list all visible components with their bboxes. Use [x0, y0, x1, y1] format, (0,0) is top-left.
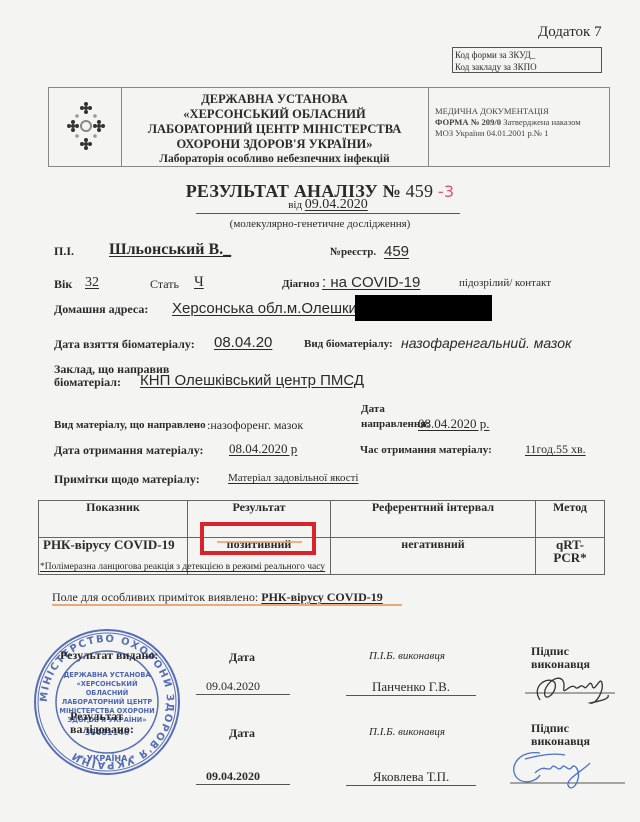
age-label: Вік — [54, 277, 72, 292]
validated-performer-label: П.І.Б. виконавця — [369, 726, 445, 738]
material-label: Вид матеріалу, що направлено — [54, 419, 206, 431]
lab-logo-icon — [67, 100, 105, 152]
address-value: Херсонська обл.м.Олешки — [172, 300, 357, 317]
issued-performer-label: П.І.Б. виконавця — [369, 650, 445, 662]
cell-reference: негативний — [331, 538, 536, 575]
institution-line: «ХЕРСОНСЬКИЙ ОБЛАСНИЙ — [121, 107, 428, 122]
biomaterial-type-value: назофаренгальний. мазок — [401, 335, 572, 351]
logo-cell — [49, 88, 122, 166]
table-footnote: *Полімеразна ланцюгова реакція з детекці… — [40, 562, 325, 572]
marker-underline — [52, 604, 402, 606]
diagnosis-value: : на COVID-19 — [322, 274, 420, 291]
registry-number: 459 — [384, 243, 409, 260]
table-header-row: Показник Результат Референтний інтервал … — [39, 501, 605, 538]
form-info: МЕДИЧНА ДОКУМЕНТАЦІЯ ФОРМА № 209/0 Затве… — [429, 88, 609, 166]
form-number: ФОРМА № 209/0 — [435, 117, 501, 127]
received-time-label: Час отримання матеріалу: — [360, 444, 492, 456]
form-info-line: МОЗ України 04.01.2001 р.№ 1 — [435, 128, 609, 139]
patient-name: Шльонський В._ — [109, 241, 231, 259]
validated-date-label: Дата — [229, 726, 255, 741]
stamp-center-line: ЛАБОРАТОРНИЙ ЦЕНТР — [62, 697, 153, 706]
issued-label: Результат видано: — [60, 648, 158, 663]
redaction-bar — [355, 295, 492, 321]
biomaterial-type-label: Вид біоматеріалу: — [304, 338, 393, 350]
notes-label: Примітки щодо матеріалу: — [54, 472, 200, 487]
stamp-center-line: ДЕРЖАВНА УСТАНОВА — [63, 671, 151, 679]
diagnosis-label: Діагноз — [282, 278, 319, 290]
analysis-type: (молекулярно-генетичне дослідження) — [0, 218, 640, 230]
validated-date-value: 09.04.2020 — [196, 769, 290, 785]
header-box: ДЕРЖАВНА УСТАНОВА «ХЕРСОНСЬКИЙ ОБЛАСНИЙ … — [48, 87, 610, 167]
code-box: Код форми за ЗКУД_ Код закладу за ЗКПО — [452, 47, 602, 73]
institution-name: ДЕРЖАВНА УСТАНОВА «ХЕРСОНСЬКИЙ ОБЛАСНИЙ … — [121, 88, 429, 166]
date-taken-label: Дата взяття біоматеріалу: — [54, 337, 195, 352]
received-date-value: 08.04.2020 р — [229, 441, 297, 457]
issued-date-value: 09.04.2020 — [196, 679, 290, 695]
institution-line: ОХОРОНИ ЗДОРОВ'Я УКРАЇНИ» — [121, 137, 428, 152]
addendum-label: Додаток 7 — [538, 24, 602, 41]
form-code-label: Код форми за ЗКУД_ — [455, 49, 599, 61]
sex-value: Ч — [194, 274, 204, 291]
received-date-label: Дата отримання матеріалу: — [54, 443, 204, 458]
signature-icon — [500, 745, 630, 795]
institution-line: ДЕРЖАВНА УСТАНОВА — [121, 92, 428, 107]
special-notes-label: Поле для особливих приміток виявлено: — [52, 590, 261, 604]
highlight-box — [200, 522, 316, 555]
date-taken-value: 08.04.20 — [214, 334, 272, 351]
date-prefix: від — [288, 199, 305, 211]
analysis-date-value: 09.04.2020 — [305, 197, 368, 212]
header-indicator: Показник — [39, 501, 188, 538]
special-notes-value: РНК-вірусу COVID-19 — [261, 590, 383, 604]
stamp-center-line: ОБЛАСНИЙ — [86, 688, 129, 697]
address-label: Домашня адреса: — [54, 302, 148, 317]
institution-line: ЛАБОРАТОРНИЙ ЦЕНТР МІНІСТЕРСТВА — [121, 122, 428, 137]
referral-date-label: Дата — [361, 403, 385, 415]
header-method: Метод — [536, 501, 605, 538]
form-approval: Затверджена наказом — [501, 117, 581, 127]
special-notes: Поле для особливих приміток виявлено: РН… — [52, 590, 383, 605]
analysis-date: від 09.04.2020 — [196, 197, 460, 214]
referral-date-value: 08.04.2020 р. — [418, 416, 490, 432]
laboratory-name: Лабораторія особливо небезпечних інфекці… — [121, 152, 428, 167]
diagnosis-status: підозрілий/ контакт — [459, 277, 551, 289]
sender-label-2: біоматеріал: — [54, 375, 121, 390]
validated-label: Результат валідовано: — [70, 710, 140, 736]
form-info-line: МЕДИЧНА ДОКУМЕНТАЦІЯ — [435, 106, 609, 117]
header-reference: Референтний інтервал — [331, 501, 536, 538]
name-label: П.І. — [54, 244, 74, 259]
issued-performer-name: Панченко Г.В. — [346, 679, 476, 696]
signature-icon — [520, 665, 620, 710]
notes-value: Матеріал задовільної якості — [228, 472, 358, 484]
stamp-bottom-text: * УКРАЇНА * — [80, 753, 135, 763]
age-value: 32 — [85, 275, 99, 291]
received-time-value: 11год.55 хв. — [525, 442, 586, 457]
sender-value: КНП Олешківський центр ПМСД — [140, 372, 364, 389]
registry-label: №реєстр. — [330, 246, 376, 258]
cell-method: qRT-PCR* — [536, 538, 605, 575]
form-info-line: ФОРМА № 209/0 Затверджена наказом — [435, 117, 609, 128]
material-value: :назофоренг. мазок — [207, 418, 303, 433]
issued-date-label: Дата — [229, 650, 255, 665]
validated-performer-name: Яковлева Т.П. — [346, 769, 476, 786]
sex-label: Стать — [150, 277, 179, 292]
institution-code-label: Код закладу за ЗКПО — [455, 61, 599, 73]
stamp-center-line: «ХЕРСОНСЬКИЙ — [77, 679, 138, 688]
